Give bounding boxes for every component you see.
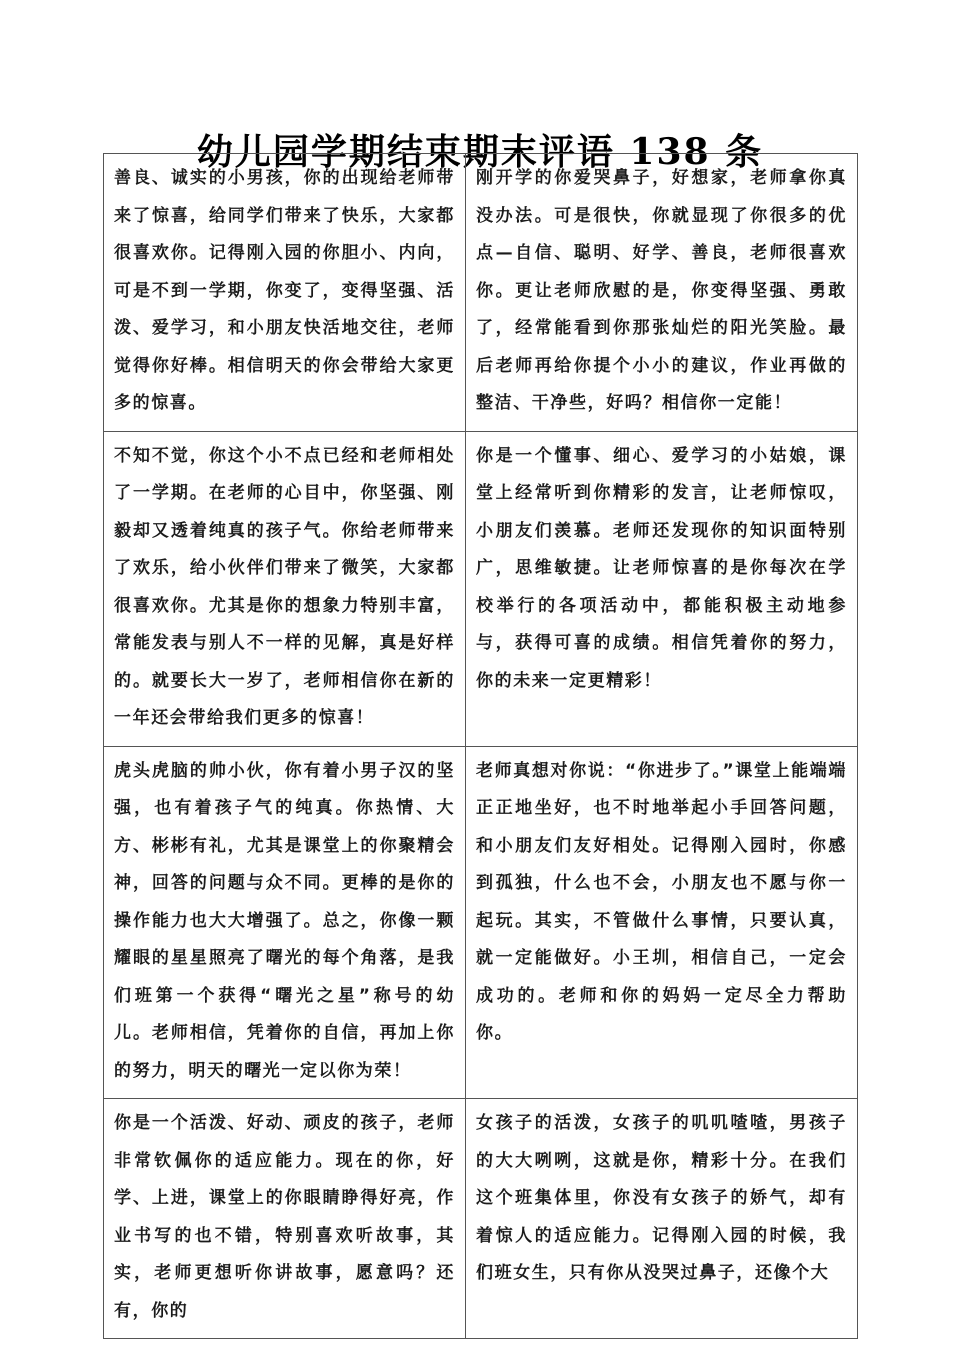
table-row: 虎头虎脑的帅小伙，你有着小男子汉的坚强，也有着孩子气的纯真。你热情、大方、彬彬有… [104,746,858,1099]
table-row: 不知不觉，你这个小不点已经和老师相处了一学期。在老师的心目中，你坚强、刚毅却又透… [104,431,858,746]
comment-cell-left: 你是一个活泼、好动、顽皮的孩子，老师非常钦佩你的适应能力。现在的你，好学、上进，… [104,1099,466,1339]
comment-cell-right: 你是一个懂事、细心、爱学习的小姑娘，课堂上经常听到你精彩的发言，让老师惊叹，小朋… [466,431,858,746]
table-row: 善良、诚实的小男孩，你的出现给老师带来了惊喜，给同学们带来了快乐，大家都很喜欢你… [104,154,858,432]
comment-cell-left: 善良、诚实的小男孩，你的出现给老师带来了惊喜，给同学们带来了快乐，大家都很喜欢你… [104,154,466,432]
page-number: 1 [0,1262,960,1278]
comment-cell-right: 刚开学的你爱哭鼻子，好想家，老师拿你真没办法。可是很快，你就显现了你很多的优点—… [466,154,858,432]
comment-cell-left: 不知不觉，你这个小不点已经和老师相处了一学期。在老师的心目中，你坚强、刚毅却又透… [104,431,466,746]
comment-cell-right: 老师真想对你说：“你进步了。”课堂上能端端正正地坐好，也不时地举起小手回答问题，… [466,746,858,1099]
comment-cell-right: 女孩子的活泼，女孩子的叽叽喳喳，男孩子的大大咧咧，这就是你，精彩十分。在我们这个… [466,1099,858,1339]
comments-table: 善良、诚实的小男孩，你的出现给老师带来了惊喜，给同学们带来了快乐，大家都很喜欢你… [103,153,858,1339]
table-row: 你是一个活泼、好动、顽皮的孩子，老师非常钦佩你的适应能力。现在的你，好学、上进，… [104,1099,858,1339]
comment-cell-left: 虎头虎脑的帅小伙，你有着小男子汉的坚强，也有着孩子气的纯真。你热情、大方、彬彬有… [104,746,466,1099]
